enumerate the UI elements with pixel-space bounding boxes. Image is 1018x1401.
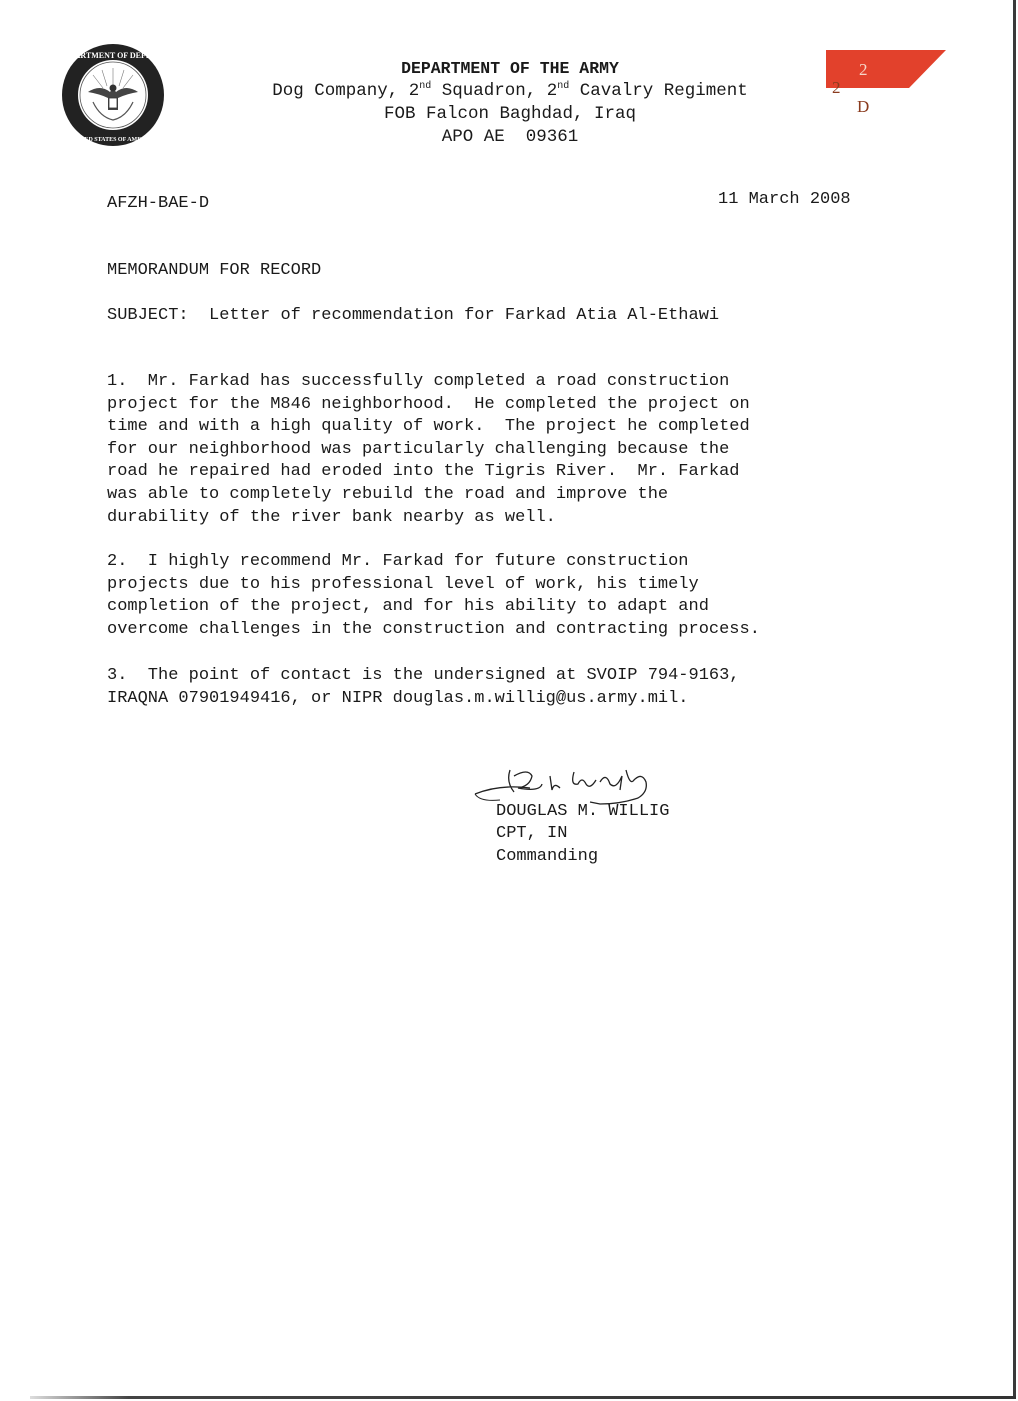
paragraph-line: 1. Mr. Farkad has successfully completed… [107,371,750,394]
memo-date: 11 March 2008 [718,189,851,212]
paragraph-line: was able to completely rebuild the road … [107,484,750,507]
paragraph-2: 2. I highly recommend Mr. Farkad for fut… [107,551,760,641]
paragraph-line: project for the M846 neighborhood. He co… [107,394,750,417]
paragraph-line: road he repaired had eroded into the Tig… [107,461,750,484]
signer-title: Commanding [496,846,598,869]
badge-letter: D [857,97,869,117]
signer-name: DOUGLAS M. WILLIG [496,801,669,824]
paragraph-line: 2. I highly recommend Mr. Farkad for fut… [107,551,760,574]
paragraph-1: 1. Mr. Farkad has successfully completed… [107,371,750,529]
paragraph-line: time and with a high quality of work. Th… [107,416,750,439]
unit-badge-icon [826,48,948,118]
seal-text-top: DEPARTMENT OF DEFENSE [60,51,166,60]
scan-edge-right [1013,0,1016,1396]
subject-line: SUBJECT: Letter of recommendation for Fa… [107,305,719,328]
paragraph-line: projects due to his professional level o… [107,574,760,597]
unit-sup-2: nd [557,81,569,92]
paragraph-line: 3. The point of contact is the undersign… [107,665,740,688]
unit-sup-1: nd [419,81,431,92]
paragraph-line: completion of the project, and for his a… [107,596,760,619]
apo-address: APO AE 09361 [190,126,830,149]
letterhead: DEPARTMENT OF THE ARMY Dog Company, 2nd … [190,57,830,149]
department-name: DEPARTMENT OF THE ARMY [190,57,830,80]
paragraph-line: IRAQNA 07901949416, or NIPR douglas.m.wi… [107,688,740,711]
paragraph-line: durability of the river bank nearby as w… [107,507,750,530]
memo-type: MEMORANDUM FOR RECORD [107,260,321,283]
unit-part-2: Squadron, 2 [431,81,557,101]
paragraph-3: 3. The point of contact is the undersign… [107,665,740,710]
subject-text: Letter of recommendation for Farkad Atia… [209,306,719,325]
department-of-defense-seal-icon: DEPARTMENT OF DEFENSE UNITED STATES OF A… [60,42,166,148]
unit-part-3: Cavalry Regiment [569,81,748,101]
signer-rank: CPT, IN [496,823,567,846]
badge-bottom-number: 2 [832,78,841,98]
unit-part-1: Dog Company, 2 [272,81,419,101]
unit-line: Dog Company, 2nd Squadron, 2nd Cavalry R… [190,80,830,103]
scan-edge-bottom [30,1396,1016,1399]
seal-text-bottom: UNITED STATES OF AMERICA [69,137,157,143]
paragraph-line: overcome challenges in the construction … [107,619,760,642]
subject-label: SUBJECT: [107,306,189,325]
paragraph-line: for our neighborhood was particularly ch… [107,439,750,462]
location: FOB Falcon Baghdad, Iraq [190,103,830,126]
office-symbol: AFZH-BAE-D [107,193,209,216]
badge-top-number: 2 [859,60,868,80]
